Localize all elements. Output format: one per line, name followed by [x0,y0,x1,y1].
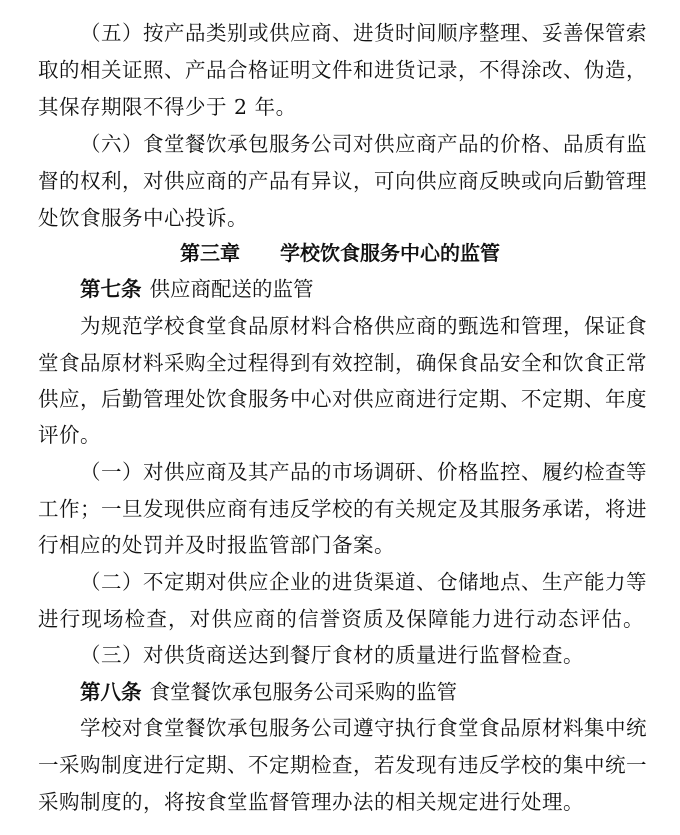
paragraph-line: 采购制度的，将按食堂监督管理办法的相关规定进行处理。 [38,784,644,820]
paragraph-line: （二）不定期对供应企业的进货渠道、仓储地点、生产能力等 [80,564,644,600]
paragraph-line: 学校对食堂餐饮承包服务公司遵守执行食堂食品原材料集中统 [80,710,644,746]
article-number: 第七条 [80,277,142,301]
article-title: 供应商配送的监管 [150,277,314,301]
paragraph-line: 评价。 [38,417,644,453]
paragraph-line: 为规范学校食堂食品原材料合格供应商的甄选和管理，保证食 [80,308,644,344]
paragraph-line: （三）对供货商送达到餐厅食材的质量进行监督检查。 [80,637,644,673]
paragraph-line: 其保存期限不得少于 2 年。 [38,89,644,125]
paragraph-line: 工作；一旦发现供应商有违反学校的有关规定及其服务承诺，将进 [38,491,644,527]
paragraph-line: （一）对供应商及其产品的市场调研、价格监控、履约检查等 [80,454,644,490]
document-page: （五）按产品类别或供应商、进货时间顺序整理、妥善保管索 取的相关证照、产品合格证… [0,0,680,835]
paragraph-line: 取的相关证照、产品合格证明文件和进货记录，不得涂改、伪造， [38,52,644,88]
article-heading: 第七条供应商配送的监管 [80,271,314,307]
article-title: 食堂餐饮承包服务公司采购的监管 [150,680,458,704]
paragraph-line: 供应，后勤管理处饮食服务中心对供应商进行定期、不定期、年度 [38,381,644,417]
chapter-number: 第三章 [180,241,240,265]
article-number: 第八条 [80,680,142,704]
paragraph-line: （五）按产品类别或供应商、进货时间顺序整理、妥善保管索 [80,15,644,51]
paragraph-line: （六）食堂餐饮承包服务公司对供应商产品的价格、品质有监 [80,126,644,162]
chapter-title: 学校饮食服务中心的监管 [280,241,500,265]
paragraph-line: 堂食品原材料采购全过程得到有效控制，确保食品安全和饮食正常 [38,345,644,381]
paragraph-line: 进行现场检查，对供应商的信誉资质及保障能力进行动态评估。 [38,601,644,637]
paragraph-line: 一采购制度进行定期、不定期检查，若发现有违反学校的集中统一 [38,747,644,783]
article-heading: 第八条食堂餐饮承包服务公司采购的监管 [80,674,457,710]
paragraph-line: 行相应的处罚并及时报监管部门备案。 [38,527,644,563]
paragraph-line: 督的权利，对供应商的产品有异议，可向供应商反映或向后勤管理 [38,163,644,199]
chapter-heading: 第三章学校饮食服务中心的监管 [0,235,680,271]
paragraph-line: 处饮食服务中心投诉。 [38,200,644,236]
